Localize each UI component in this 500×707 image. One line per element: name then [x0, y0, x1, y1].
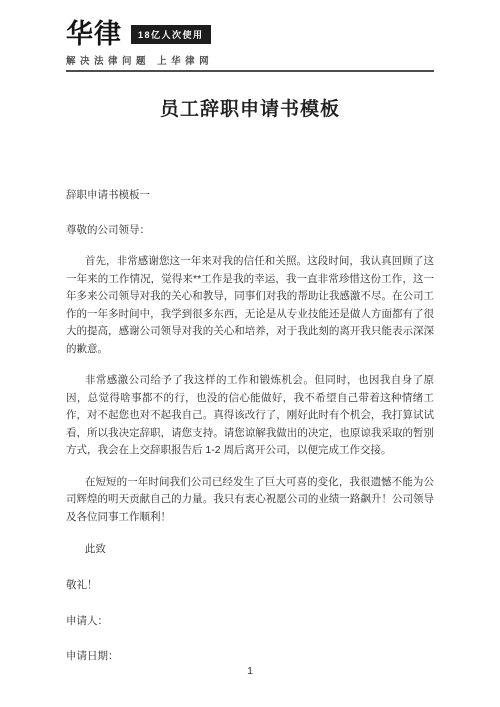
letter-paragraph-3: 在短短的一年时间我们公司已经发生了巨大可喜的变化，我很遗憾不能为公司辉煌的明天贡…: [66, 474, 434, 527]
usage-count-badge: 18亿人次使用: [131, 25, 211, 44]
page-number: 1: [0, 665, 500, 677]
letter-subtitle: 辞职申请书模板一: [66, 187, 434, 205]
document-page: 华律 18亿人次使用 解决法律问题 上华律网 员工辞职申请书模板 辞职申请书模板…: [0, 0, 500, 707]
letter-salutation: 尊敬的公司领导：: [66, 222, 434, 240]
letter-paragraph-2: 非常感激公司给予了我这样的工作和锻炼机会。但同时，也因我自身了原因，总觉得啥事都…: [66, 372, 434, 460]
letter-salute: 敬礼！: [66, 577, 434, 595]
site-tagline: 解决法律问题 上华律网: [66, 53, 434, 67]
header-divider: [66, 70, 434, 72]
letter-paragraph-1: 首先，非常感谢您这一年来对我的信任和关照。这段时间，我认真回顾了这一年来的工作情…: [66, 253, 434, 358]
letter-body: 辞职申请书模板一 尊敬的公司领导： 首先，非常感谢您这一年来对我的信任和关照。这…: [66, 187, 434, 665]
logo-row: 华律 18亿人次使用: [66, 20, 434, 48]
hualv-logo: 华律: [66, 20, 122, 48]
document-title: 员工辞职申请书模板: [66, 94, 434, 121]
letter-closing: 此致: [66, 541, 434, 559]
application-date-label: 申请日期：: [66, 648, 434, 666]
site-header: 华律 18亿人次使用 解决法律问题 上华律网: [66, 20, 434, 72]
applicant-label: 申请人：: [66, 613, 434, 631]
